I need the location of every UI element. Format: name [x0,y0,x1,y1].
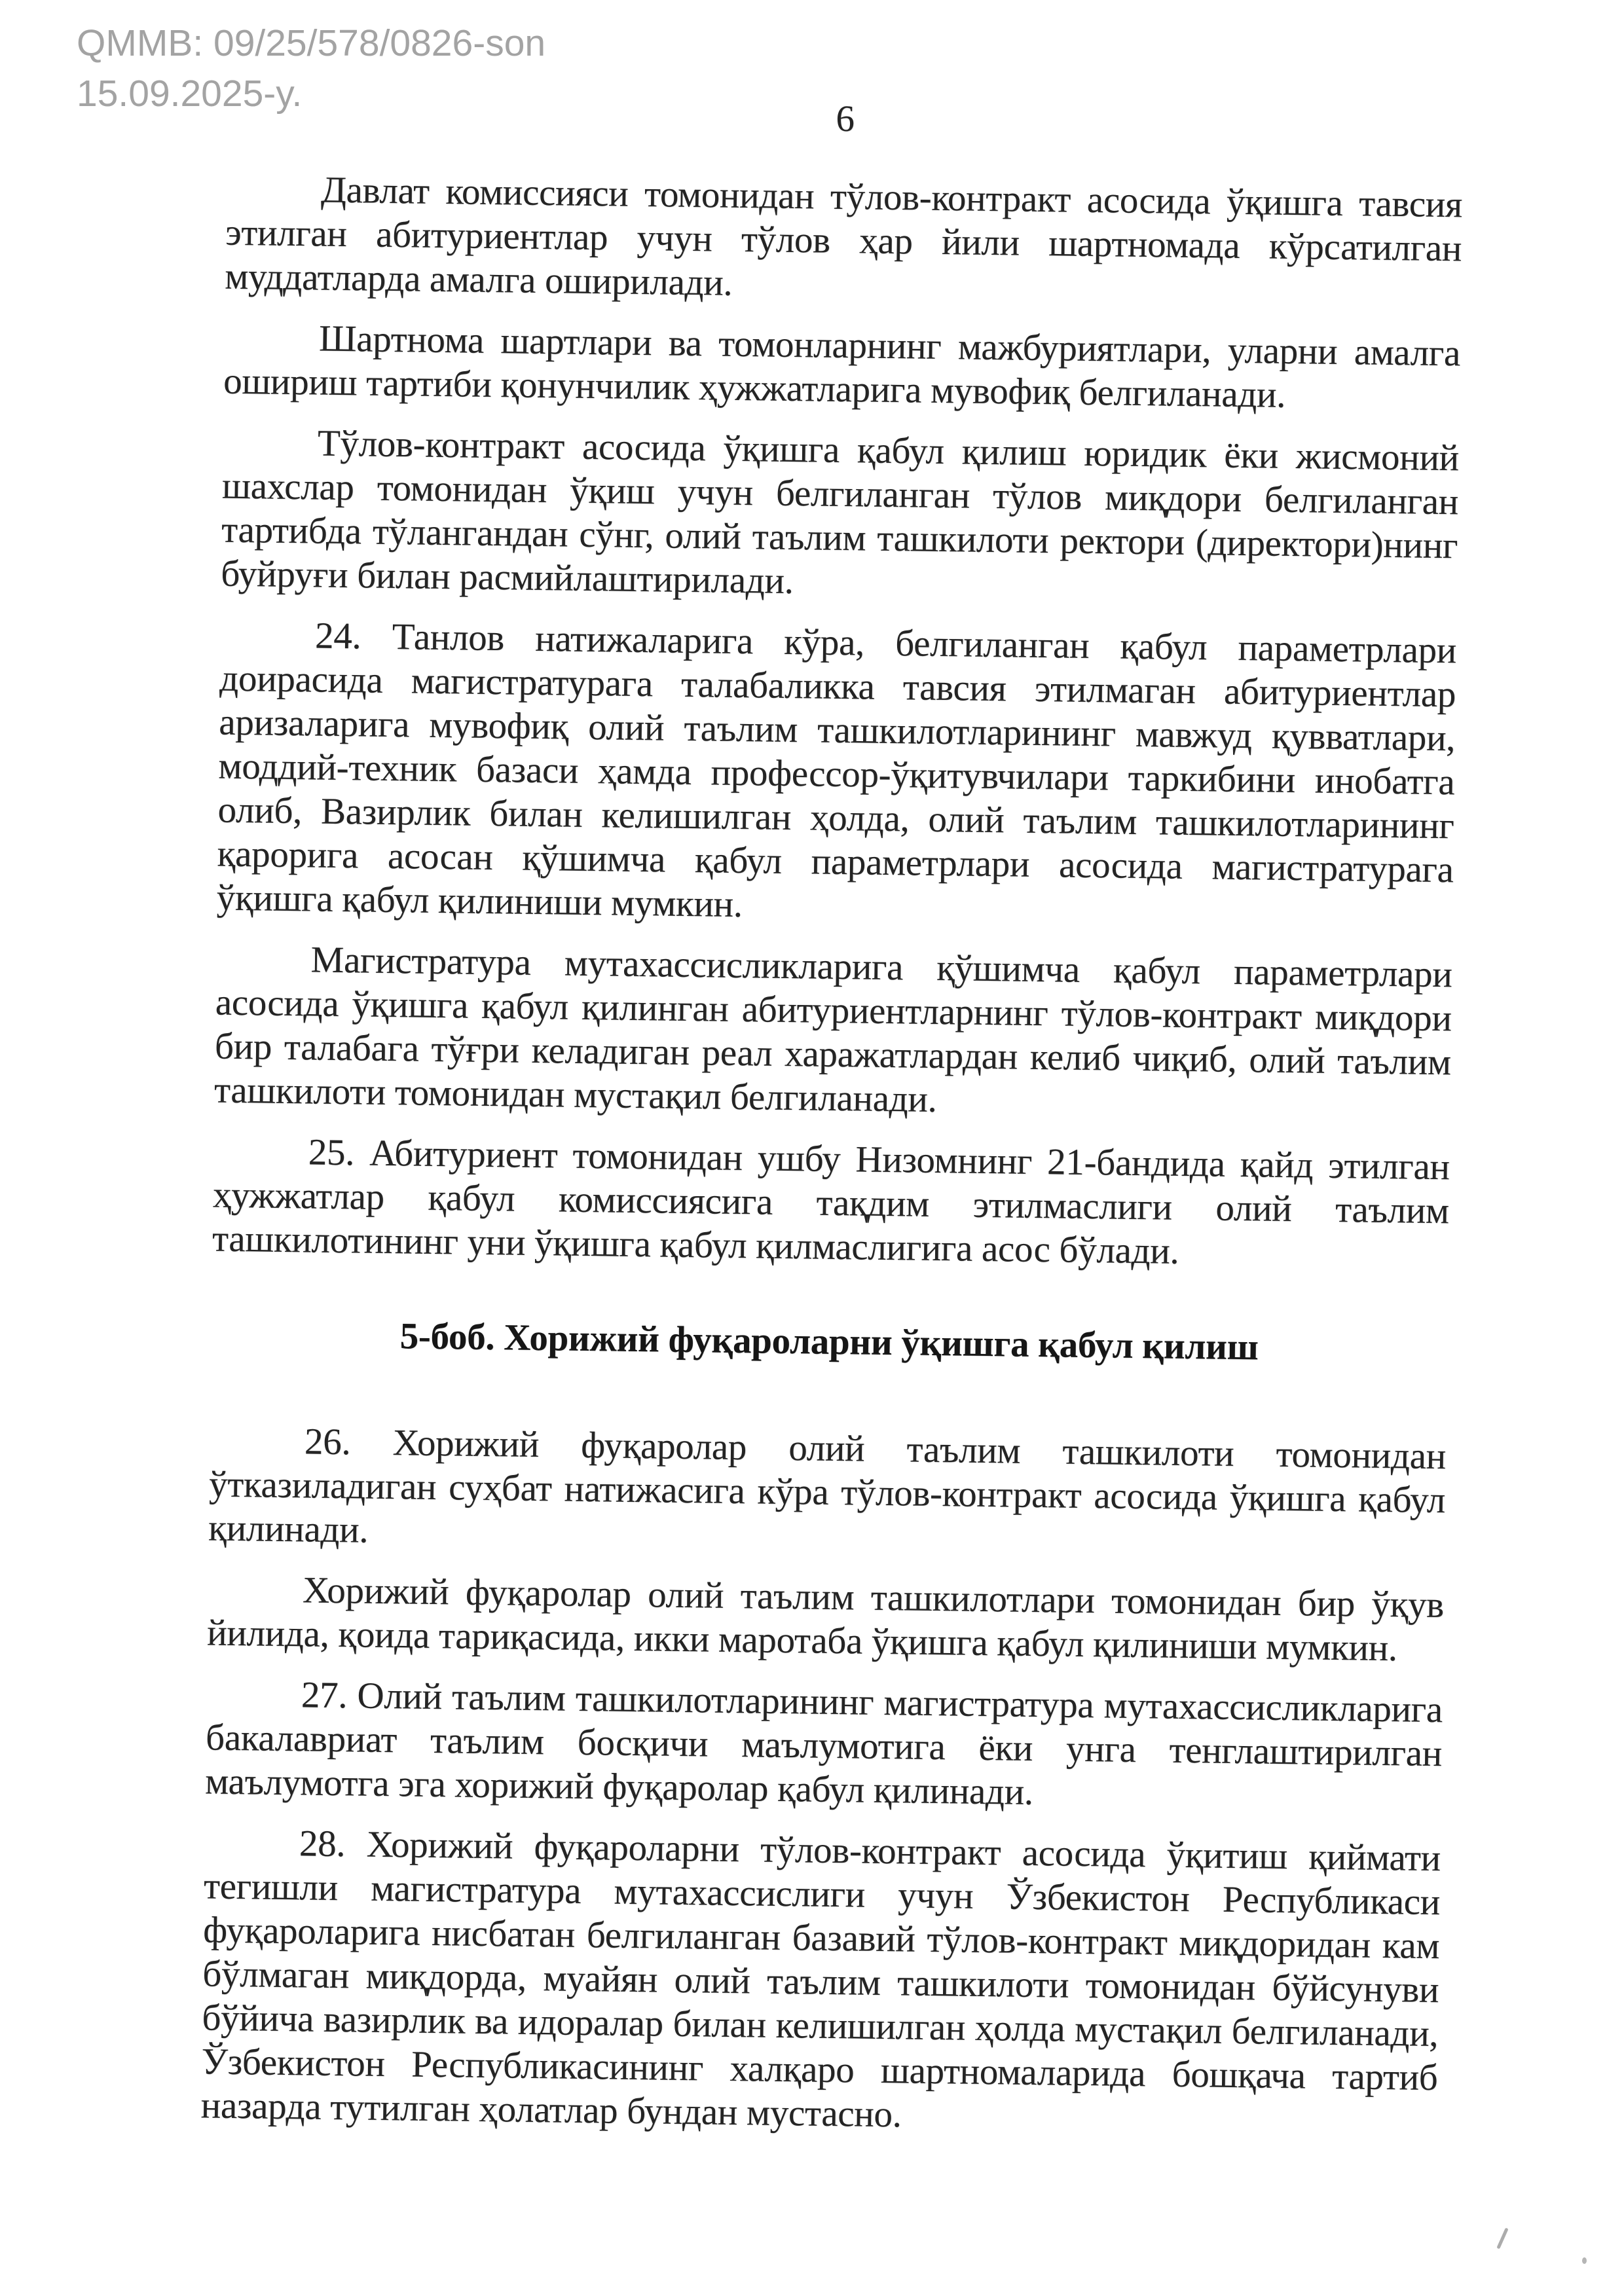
chapter-5-heading: 5-боб. Хорижий фуқароларни ўқишга қабул … [211,1311,1448,1372]
paragraph-payment-schedule: Давлат комиссияси томонидан тўлов-контра… [225,167,1462,315]
scan-artifact-mark [1496,2227,1508,2249]
clause-27: 27. Олий таълим ташкилотларининг магистр… [205,1671,1443,1819]
clause-24: 24. Танлов натижаларига кўра, белгиланга… [216,613,1456,936]
scan-artifact-dot [1582,2257,1587,2264]
paragraph-contract-terms: Шартнома шартлари ва томонларнинг мажбур… [223,316,1461,420]
scanned-document-page: QMMB: 09/25/578/0826-son 15.09.2025-y. 6… [0,0,1624,2296]
clause-26: 26. Хорижий фуқаролар олий таълим ташкил… [208,1418,1446,1566]
stamp-registration-number: QMMB: 09/25/578/0826-son [77,18,545,69]
clause-28: 28. Хорижий фуқароларни тўлов-контракт а… [200,1820,1441,2143]
page-number: 6 [227,89,1464,149]
paragraph-enrollment-registration: Тўлов-контракт асосида ўқишга қабул қили… [221,420,1459,612]
scanned-text-block: 6 Давлат комиссияси томонидан тўлов-конт… [200,89,1464,2143]
clause-25: 25. Абитуриент томонидан ушбу Низомнинг … [212,1129,1450,1277]
paragraph-additional-quota-fees: Магистратура мутахассисликларига қўшимча… [214,937,1452,1129]
paragraph-foreign-admission-frequency: Хорижий фуқаролар олий таълим ташкилотла… [207,1567,1445,1671]
